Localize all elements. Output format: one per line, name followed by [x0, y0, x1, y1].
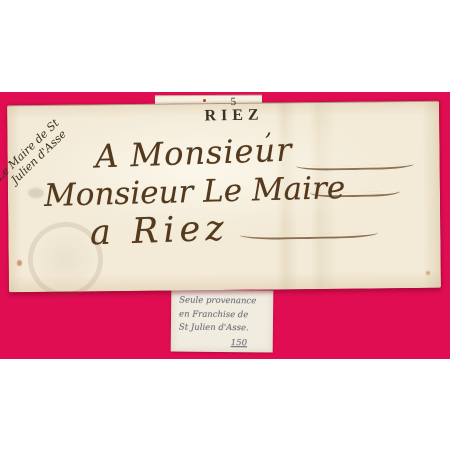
foxing-spot	[17, 260, 22, 266]
address-line-1: A Monsieur	[94, 131, 293, 176]
postmark-town-name: RIEZ	[197, 106, 271, 124]
dealer-label-line-2: en Franchise de	[179, 308, 270, 322]
dealer-label-number: 150	[231, 337, 270, 351]
address-line-3: a Riez	[89, 209, 229, 254]
dealer-label-line-1: Seule provenance	[179, 295, 270, 309]
dealer-label: Seule provenance en Franchise de St Juli…	[171, 289, 274, 352]
dealer-label-line-3: St Julien d'Asse.	[179, 322, 270, 336]
photo-stage: Seule provenance en Franchise de St Juli…	[0, 0, 450, 450]
foxing-spot	[426, 271, 430, 275]
riez-postmark: 5 RIEZ	[197, 96, 271, 124]
ink-smudge	[28, 188, 44, 198]
